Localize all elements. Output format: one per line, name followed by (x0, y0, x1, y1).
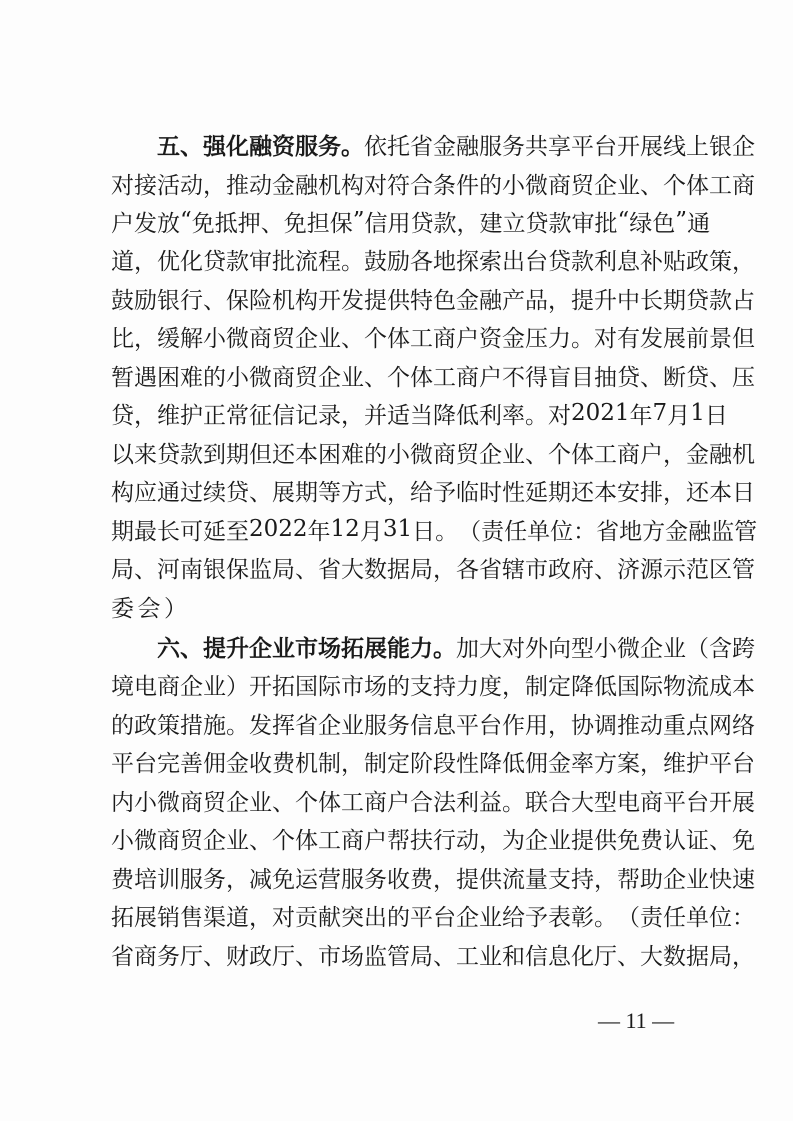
text-char: 开 (617, 128, 640, 161)
text-char: 利 (594, 243, 617, 276)
text-char: 对 (548, 397, 571, 430)
text-char: 延 (525, 474, 548, 507)
text-char: 小 (226, 359, 249, 392)
text-line: 的政策措施。发挥省企业服务信息平台作用，协调推动重点网络 (111, 704, 691, 742)
text-char: 动 (249, 167, 272, 200)
text-char: 记 (295, 397, 318, 430)
section-heading-char: 、 (180, 630, 203, 663)
text-char: 贸 (180, 822, 203, 855)
text-char: 、 (249, 822, 272, 855)
text-char: 平 (456, 707, 479, 740)
text-char: 护 (686, 745, 709, 778)
text-line: 境电商企业）开拓国际市场的支持力度，制定降低国际物流成本 (111, 665, 691, 703)
text-char: 合 (548, 784, 571, 817)
text-char: 工 (709, 167, 732, 200)
text-char: ， (433, 861, 456, 894)
text-char: 据 (686, 938, 709, 971)
text-char: 的 (364, 436, 387, 469)
text-char: 金 (433, 128, 456, 161)
text-char: 难 (180, 359, 203, 392)
text-char: 监 (711, 513, 734, 546)
text-char: 认 (663, 822, 686, 855)
text-char: 批 (595, 205, 618, 238)
text-char: 发 (341, 282, 364, 315)
text-char: 局 (709, 938, 732, 971)
text-line: 以来贷款到期但还本困难的小微商贸企业、个体工商户，金融机 (111, 433, 691, 471)
section-heading-char: 、 (180, 128, 203, 161)
text-char: 场 (364, 668, 387, 701)
text-char: 区 (709, 551, 732, 584)
text-char: 源 (640, 551, 663, 584)
text-char: 大 (479, 630, 502, 663)
text-char: 政 (548, 551, 571, 584)
text-char: 贴 (663, 243, 686, 276)
section-heading-char: 场 (318, 630, 341, 663)
text-char: 商 (548, 167, 571, 200)
text-char: 快 (709, 861, 732, 894)
text-char: 销 (157, 899, 180, 932)
text-char: 月 (667, 397, 690, 430)
text-char: 贷 (226, 474, 249, 507)
text-char: 对 (364, 167, 387, 200)
text-char: 力 (548, 320, 571, 353)
text-char: 成 (709, 668, 732, 701)
text-char: 支 (548, 861, 571, 894)
text-char: 业 (663, 630, 686, 663)
text-char: 案 (617, 745, 640, 778)
text-char: 个 (387, 359, 410, 392)
text-char: 合 (410, 167, 433, 200)
text-char: 条 (433, 167, 456, 200)
text-char: 符 (387, 167, 410, 200)
text-char: 率 (502, 397, 525, 430)
section-heading-char: 提 (203, 630, 226, 663)
text-char: 体 (686, 167, 709, 200)
text-char: 贷 (111, 397, 134, 430)
text-char: 信 (272, 397, 295, 430)
text-char: 道 (111, 243, 134, 276)
text-char: 行 (433, 822, 456, 855)
section-heading-char: 服 (295, 128, 318, 161)
text-char: 遇 (134, 359, 157, 392)
text-char: 线 (663, 128, 686, 161)
text-char: 个 (663, 167, 686, 200)
text-char: 优 (157, 243, 180, 276)
text-char: 财 (226, 938, 249, 971)
text-char: 特 (410, 282, 433, 315)
text-char: 利 (479, 397, 502, 430)
text-char: 企 (318, 359, 341, 392)
text-char: 费 (111, 861, 134, 894)
text-char: 服 (364, 707, 387, 740)
text-char: 共 (525, 128, 548, 161)
text-char: 金 (548, 745, 571, 778)
text-char: 压 (732, 359, 755, 392)
text-char: 平 (111, 745, 134, 778)
text-char: 企 (594, 167, 617, 200)
text-char: 鼓 (364, 243, 387, 276)
text-char: 位 (709, 899, 732, 932)
text-char: 利 (456, 784, 479, 817)
text-char: 免 (192, 205, 215, 238)
text-char: 力 (456, 668, 479, 701)
text-char: 金 (456, 282, 479, 315)
text-char: 南 (180, 551, 203, 584)
section-heading-char: 市 (295, 630, 318, 663)
text-char: 微 (249, 359, 272, 392)
text-char: 业 (341, 707, 364, 740)
text-char: 常 (226, 397, 249, 430)
text-char: 12 (331, 516, 360, 542)
text-char: 市 (318, 938, 341, 971)
text-char: 委 (111, 590, 134, 623)
text-char: 还 (571, 474, 594, 507)
text-char: 低 (502, 745, 525, 778)
text-char: ， (663, 474, 686, 507)
text-char: 性 (502, 474, 525, 507)
text-char: 补 (640, 243, 663, 276)
text-char: 维 (663, 745, 686, 778)
section-heading-char: 五 (157, 128, 180, 161)
text-line: 比，缓解小微商贸企业、个体工商户资金压力。对有发展前景但 (111, 317, 691, 355)
text-char: 绿 (629, 205, 652, 238)
text-char: 省 (295, 707, 318, 740)
text-char: 企 (180, 668, 203, 701)
text-char: 府 (571, 551, 594, 584)
text-char: 体 (295, 822, 318, 855)
text-char: 展 (640, 128, 663, 161)
text-char: 融 (688, 513, 711, 546)
text-char: 用 (388, 205, 411, 238)
text-char: 小 (387, 436, 410, 469)
text-char: 的 (387, 899, 410, 932)
text-char: 省 (111, 938, 134, 971)
text-char: 商 (433, 320, 456, 353)
text-char: 融 (295, 167, 318, 200)
text-line: 构应通过续贷、展期等方式，给予临时性延期还本安排，还本日 (111, 471, 691, 509)
text-char: 业 (548, 822, 571, 855)
text-char: 征 (249, 397, 272, 430)
text-char: ， (732, 243, 755, 276)
text-char: 工 (410, 320, 433, 353)
text-char: 到 (203, 436, 226, 469)
text-char: 挥 (272, 707, 295, 740)
text-char: 河 (157, 551, 180, 584)
text-char: 银 (157, 282, 180, 315)
text-char: 息 (548, 938, 571, 971)
text-char: 流 (502, 861, 525, 894)
text-char: 开 (709, 784, 732, 817)
text-char: 贷 (526, 205, 549, 238)
text-char: 金 (272, 167, 295, 200)
text-char: 款 (226, 243, 249, 276)
text-char: 推 (617, 707, 640, 740)
text-char: 日 (412, 513, 435, 546)
text-char: 、 (341, 320, 364, 353)
text-char: 厅 (272, 938, 295, 971)
text-char: 日 (705, 397, 728, 430)
text-char: 金 (502, 320, 525, 353)
section-heading-char: 务 (318, 128, 341, 161)
text-char: 持 (571, 861, 594, 894)
text-char: 励 (134, 282, 157, 315)
text-char: 提 (456, 861, 479, 894)
text-char: 大 (571, 784, 594, 817)
text-char: 局 (272, 551, 295, 584)
text-char: 保 (226, 551, 249, 584)
text-char: 构 (295, 282, 318, 315)
text-char: 期 (548, 474, 571, 507)
text-char: 贡 (295, 899, 318, 932)
text-char: 法 (433, 784, 456, 817)
text-char: 式 (364, 474, 387, 507)
text-char: 机 (295, 745, 318, 778)
text-char: 批 (272, 243, 295, 276)
text-char: 担 (307, 205, 330, 238)
text-char: 贷 (548, 243, 571, 276)
text-char: 阶 (410, 745, 433, 778)
text-char: 为 (502, 822, 525, 855)
text-char: 企 (732, 128, 755, 161)
text-char: 构 (341, 167, 364, 200)
text-char: 务 (387, 707, 410, 740)
text-char: 监 (249, 551, 272, 584)
text-char: 据 (387, 551, 410, 584)
text-char: 工 (594, 436, 617, 469)
text-char: 享 (548, 128, 571, 161)
text-char: 至 (226, 513, 249, 546)
text-char: 适 (387, 397, 410, 430)
paragraph-heading-line: 六、提升企业市场拓展能力。加大对外向型小微企业（含跨 (157, 627, 691, 665)
text-char: 营 (318, 861, 341, 894)
text-char: 31 (383, 516, 412, 542)
text-char: 益 (479, 784, 502, 817)
text-char: 免 (732, 822, 755, 855)
text-char: “ (180, 208, 192, 234)
text-char: 政 (686, 243, 709, 276)
text-char: 中 (617, 282, 640, 315)
text-char: ） (164, 590, 187, 623)
text-char: 发 (134, 205, 157, 238)
text-char: 联 (525, 784, 548, 817)
text-char: 企 (640, 630, 663, 663)
text-char: 物 (663, 668, 686, 701)
text-char: 跨 (732, 630, 755, 663)
text-char: ， (433, 551, 456, 584)
text-char: 时 (479, 474, 502, 507)
text-char: 小 (502, 167, 525, 200)
text-char: ， (134, 320, 157, 353)
text-char: 性 (456, 745, 479, 778)
text-char: 贷 (686, 359, 709, 392)
text-char: 企 (226, 784, 249, 817)
text-char: 当 (410, 397, 433, 430)
text-char: 业 (341, 359, 364, 392)
text-char: 施 (203, 707, 226, 740)
text-char: 收 (249, 745, 272, 778)
text-char: 贷 (203, 243, 226, 276)
text-char: 献 (318, 899, 341, 932)
text-char: 、 (249, 474, 272, 507)
text-char: 贷 (617, 359, 640, 392)
text-char: 商 (456, 359, 479, 392)
text-char: 贸 (571, 167, 594, 200)
text-char: 省 (318, 551, 341, 584)
text-char: 。 (571, 320, 594, 353)
text-char: 企 (663, 861, 686, 894)
text-char: 以 (111, 436, 134, 469)
text-char: 融 (456, 128, 479, 161)
text-char: 抵 (215, 205, 238, 238)
text-char: 、 (640, 359, 663, 392)
text-char: 机 (272, 282, 295, 315)
text-char: 省 (479, 551, 502, 584)
text-char: ： (573, 513, 596, 546)
text-char: 但 (249, 436, 272, 469)
text-char: 局 (111, 551, 134, 584)
section-heading-char: 拓 (341, 630, 364, 663)
text-char: 运 (295, 861, 318, 894)
text-char: 微 (617, 630, 640, 663)
text-char: 贷 (157, 436, 180, 469)
text-char: 境 (111, 668, 134, 701)
text-char: 降 (571, 668, 594, 701)
text-char: 贸 (203, 784, 226, 817)
text-char: 开 (249, 668, 272, 701)
text-char: 减 (249, 861, 272, 894)
text-char: 、 (709, 822, 732, 855)
text-char: 支 (410, 668, 433, 701)
section-heading-char: 企 (249, 630, 272, 663)
text-char: 局 (410, 551, 433, 584)
text-char: 银 (203, 551, 226, 584)
text-char: 接 (134, 167, 157, 200)
text-char: 的 (203, 359, 226, 392)
text-char: 单 (527, 513, 550, 546)
text-char: 探 (456, 243, 479, 276)
text-char: ， (134, 243, 157, 276)
text-char: 任 (504, 513, 527, 546)
text-char: 帮 (387, 822, 410, 855)
text-char: 台 (134, 745, 157, 778)
text-char: 但 (732, 320, 755, 353)
text-char: 还 (272, 436, 295, 469)
text-char: 励 (387, 243, 410, 276)
text-char: ， (594, 861, 617, 894)
text-line: 内小微商贸企业、个体工商户合法利益。联合大型电商平台开展 (111, 781, 691, 819)
text-char: 录 (318, 397, 341, 430)
text-char: 还 (686, 474, 709, 507)
text-char: 的 (479, 167, 502, 200)
text-char: ， (640, 745, 663, 778)
text-char: 比 (111, 320, 134, 353)
text-char: 户 (479, 359, 502, 392)
text-char: 内 (111, 784, 134, 817)
text-char: 临 (456, 474, 479, 507)
text-char: 期 (663, 282, 686, 315)
text-char: 业 (318, 320, 341, 353)
text-char: 款 (549, 205, 572, 238)
text-char: 款 (180, 436, 203, 469)
text-char: 培 (134, 861, 157, 894)
text-char: 业 (249, 784, 272, 817)
section-heading-char: 。 (433, 630, 456, 663)
text-line: 省商务厅、财政厅、市场监管局、工业和信息化厅、大数据局， (111, 935, 691, 973)
text-char: 的 (387, 668, 410, 701)
text-char: ， (457, 205, 480, 238)
text-char: 依 (364, 128, 387, 161)
text-char: 台 (686, 784, 709, 817)
text-char: 帮 (617, 861, 640, 894)
text-char: ， (548, 282, 571, 315)
text-char: 加 (456, 630, 479, 663)
section-heading-char: 资 (272, 128, 295, 161)
text-char: 低 (594, 668, 617, 701)
text-char: 、 (433, 938, 456, 971)
text-char: 展 (134, 899, 157, 932)
text-char: 措 (180, 707, 203, 740)
text-char: 向 (548, 630, 571, 663)
text-char: 保 (226, 282, 249, 315)
text-char: 局 (410, 938, 433, 971)
text-char: 资 (479, 320, 502, 353)
text-char: 收 (387, 861, 410, 894)
text-char: 企 (479, 436, 502, 469)
text-char: ， (249, 899, 272, 932)
text-char: 服 (180, 861, 203, 894)
text-char: 提 (364, 282, 387, 315)
text-char: 期 (226, 436, 249, 469)
text-char: 制 (364, 745, 387, 778)
text-char: 件 (456, 167, 479, 200)
text-char: 来 (134, 436, 157, 469)
text-line: 道，优化贷款审批流程。鼓励各地探索出台贷款利息补贴政策， (111, 240, 691, 278)
text-char: 、 (709, 359, 732, 392)
text-char: 景 (709, 320, 732, 353)
text-char: 排 (640, 474, 663, 507)
text-char: 金 (686, 436, 709, 469)
text-char: 管 (732, 551, 755, 584)
text-char: 发 (640, 320, 663, 353)
text-char: 平 (571, 128, 594, 161)
text-char: 业 (617, 167, 640, 200)
text-char: 贸 (456, 436, 479, 469)
document-page: 五、强化融资服务。依托省金融服务共享平台开展线上银企对接活动，推动金融机构对符合… (0, 0, 793, 1121)
page-number: — 11 — (598, 1008, 674, 1034)
text-char: 本 (709, 474, 732, 507)
text-char: 予 (433, 474, 456, 507)
section-heading-char: 升 (226, 630, 249, 663)
text-char: 段 (433, 745, 456, 778)
text-char: 企 (456, 899, 479, 932)
text-char: 策 (157, 707, 180, 740)
text-char: 建 (480, 205, 503, 238)
text-char: 大 (341, 551, 364, 584)
text-char: ： (732, 899, 755, 932)
text-char: 商 (617, 436, 640, 469)
text-char: 展 (272, 474, 295, 507)
text-char: 工 (433, 359, 456, 392)
text-char: 方 (341, 474, 364, 507)
text-char: 贷 (686, 282, 709, 315)
text-line: 平台完善佣金收费机制，制定阶段性降低佣金率方案，维护平台 (111, 742, 691, 780)
text-char: 通 (687, 205, 710, 238)
text-char: 月 (360, 513, 383, 546)
text-char: 地 (433, 243, 456, 276)
text-char: 不 (502, 359, 525, 392)
text-char: 台 (479, 707, 502, 740)
text-char: 户 (387, 784, 410, 817)
